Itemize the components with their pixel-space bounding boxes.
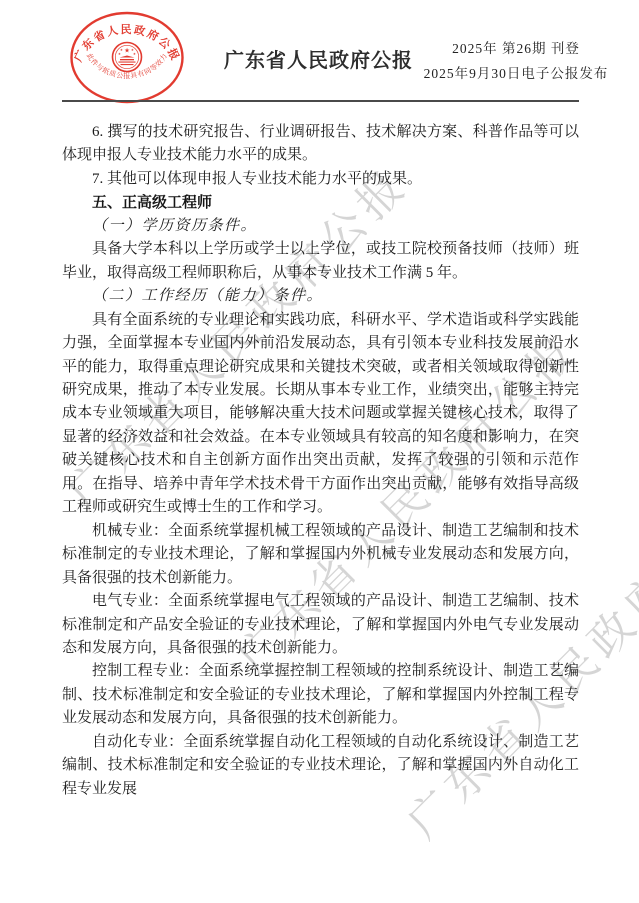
paragraph: 7. 其他可以体现申报人专业技术能力水平的成果。 [62, 168, 579, 191]
page-title: 广东省人民政府公报 [224, 44, 413, 73]
paragraph: 具有全面系统的专业理论和实践功底，科研水平、学术造诣或科学实践能力强，全面掌握本… [62, 309, 579, 520]
paragraph: 电气专业：全面系统掌握电气工程领域的产品设计、制造工艺编制、技术标准制定和产品安… [62, 590, 579, 660]
paragraph: 五、正高级工程师 [62, 191, 579, 214]
issue-line: 2025年 第26期 刊登 [404, 36, 628, 61]
header: 广东省人民政府公报 此件与纸质公报具有同等效力 ★ ★ ★ ★ ★ [0, 0, 639, 120]
issue-info: 2025年 第26期 刊登 2025年9月30日电子公报发布 [404, 36, 628, 86]
paragraph: （二）工作经历（能力）条件。 [62, 285, 579, 308]
paragraph: （一）学历资历条件。 [62, 215, 579, 238]
svg-text:★: ★ [124, 47, 130, 55]
header-divider [62, 100, 579, 102]
gazette-page: 广东省人民政府公报 广东省人民政府公报 广东省人民政府公报 广东省人民政府公报 … [0, 0, 639, 903]
paragraph: 具备大学本科以上学历或学士以上学位，或技工院校预备技师（技师）班毕业，取得高级工… [62, 238, 579, 285]
publish-date-line: 2025年9月30日电子公报发布 [404, 61, 628, 86]
document-body: 6. 撰写的技术研究报告、行业调研报告、技术解决方案、科普作品等可以体现申报人专… [62, 121, 579, 801]
svg-text:★: ★ [118, 52, 122, 56]
svg-text:★: ★ [133, 52, 137, 56]
government-seal-icon: 广东省人民政府公报 此件与纸质公报具有同等效力 ★ ★ ★ ★ ★ [69, 11, 185, 104]
paragraph: 机械专业：全面系统掌握机械工程领域的产品设计、制造工艺编制和技术标准制定的专业技… [62, 520, 579, 590]
paragraph: 6. 撰写的技术研究报告、行业调研报告、技术解决方案、科普作品等可以体现申报人专… [62, 121, 579, 168]
national-emblem-icon: ★ ★ ★ ★ ★ [113, 43, 142, 72]
paragraph: 控制工程专业：全面系统掌握控制工程领域的控制系统设计、制造工艺编制、技术标准制定… [62, 660, 579, 730]
paragraph: 自动化专业：全面系统掌握自动化工程领域的自动化系统设计、制造工艺编制、技术标准制… [62, 731, 579, 801]
